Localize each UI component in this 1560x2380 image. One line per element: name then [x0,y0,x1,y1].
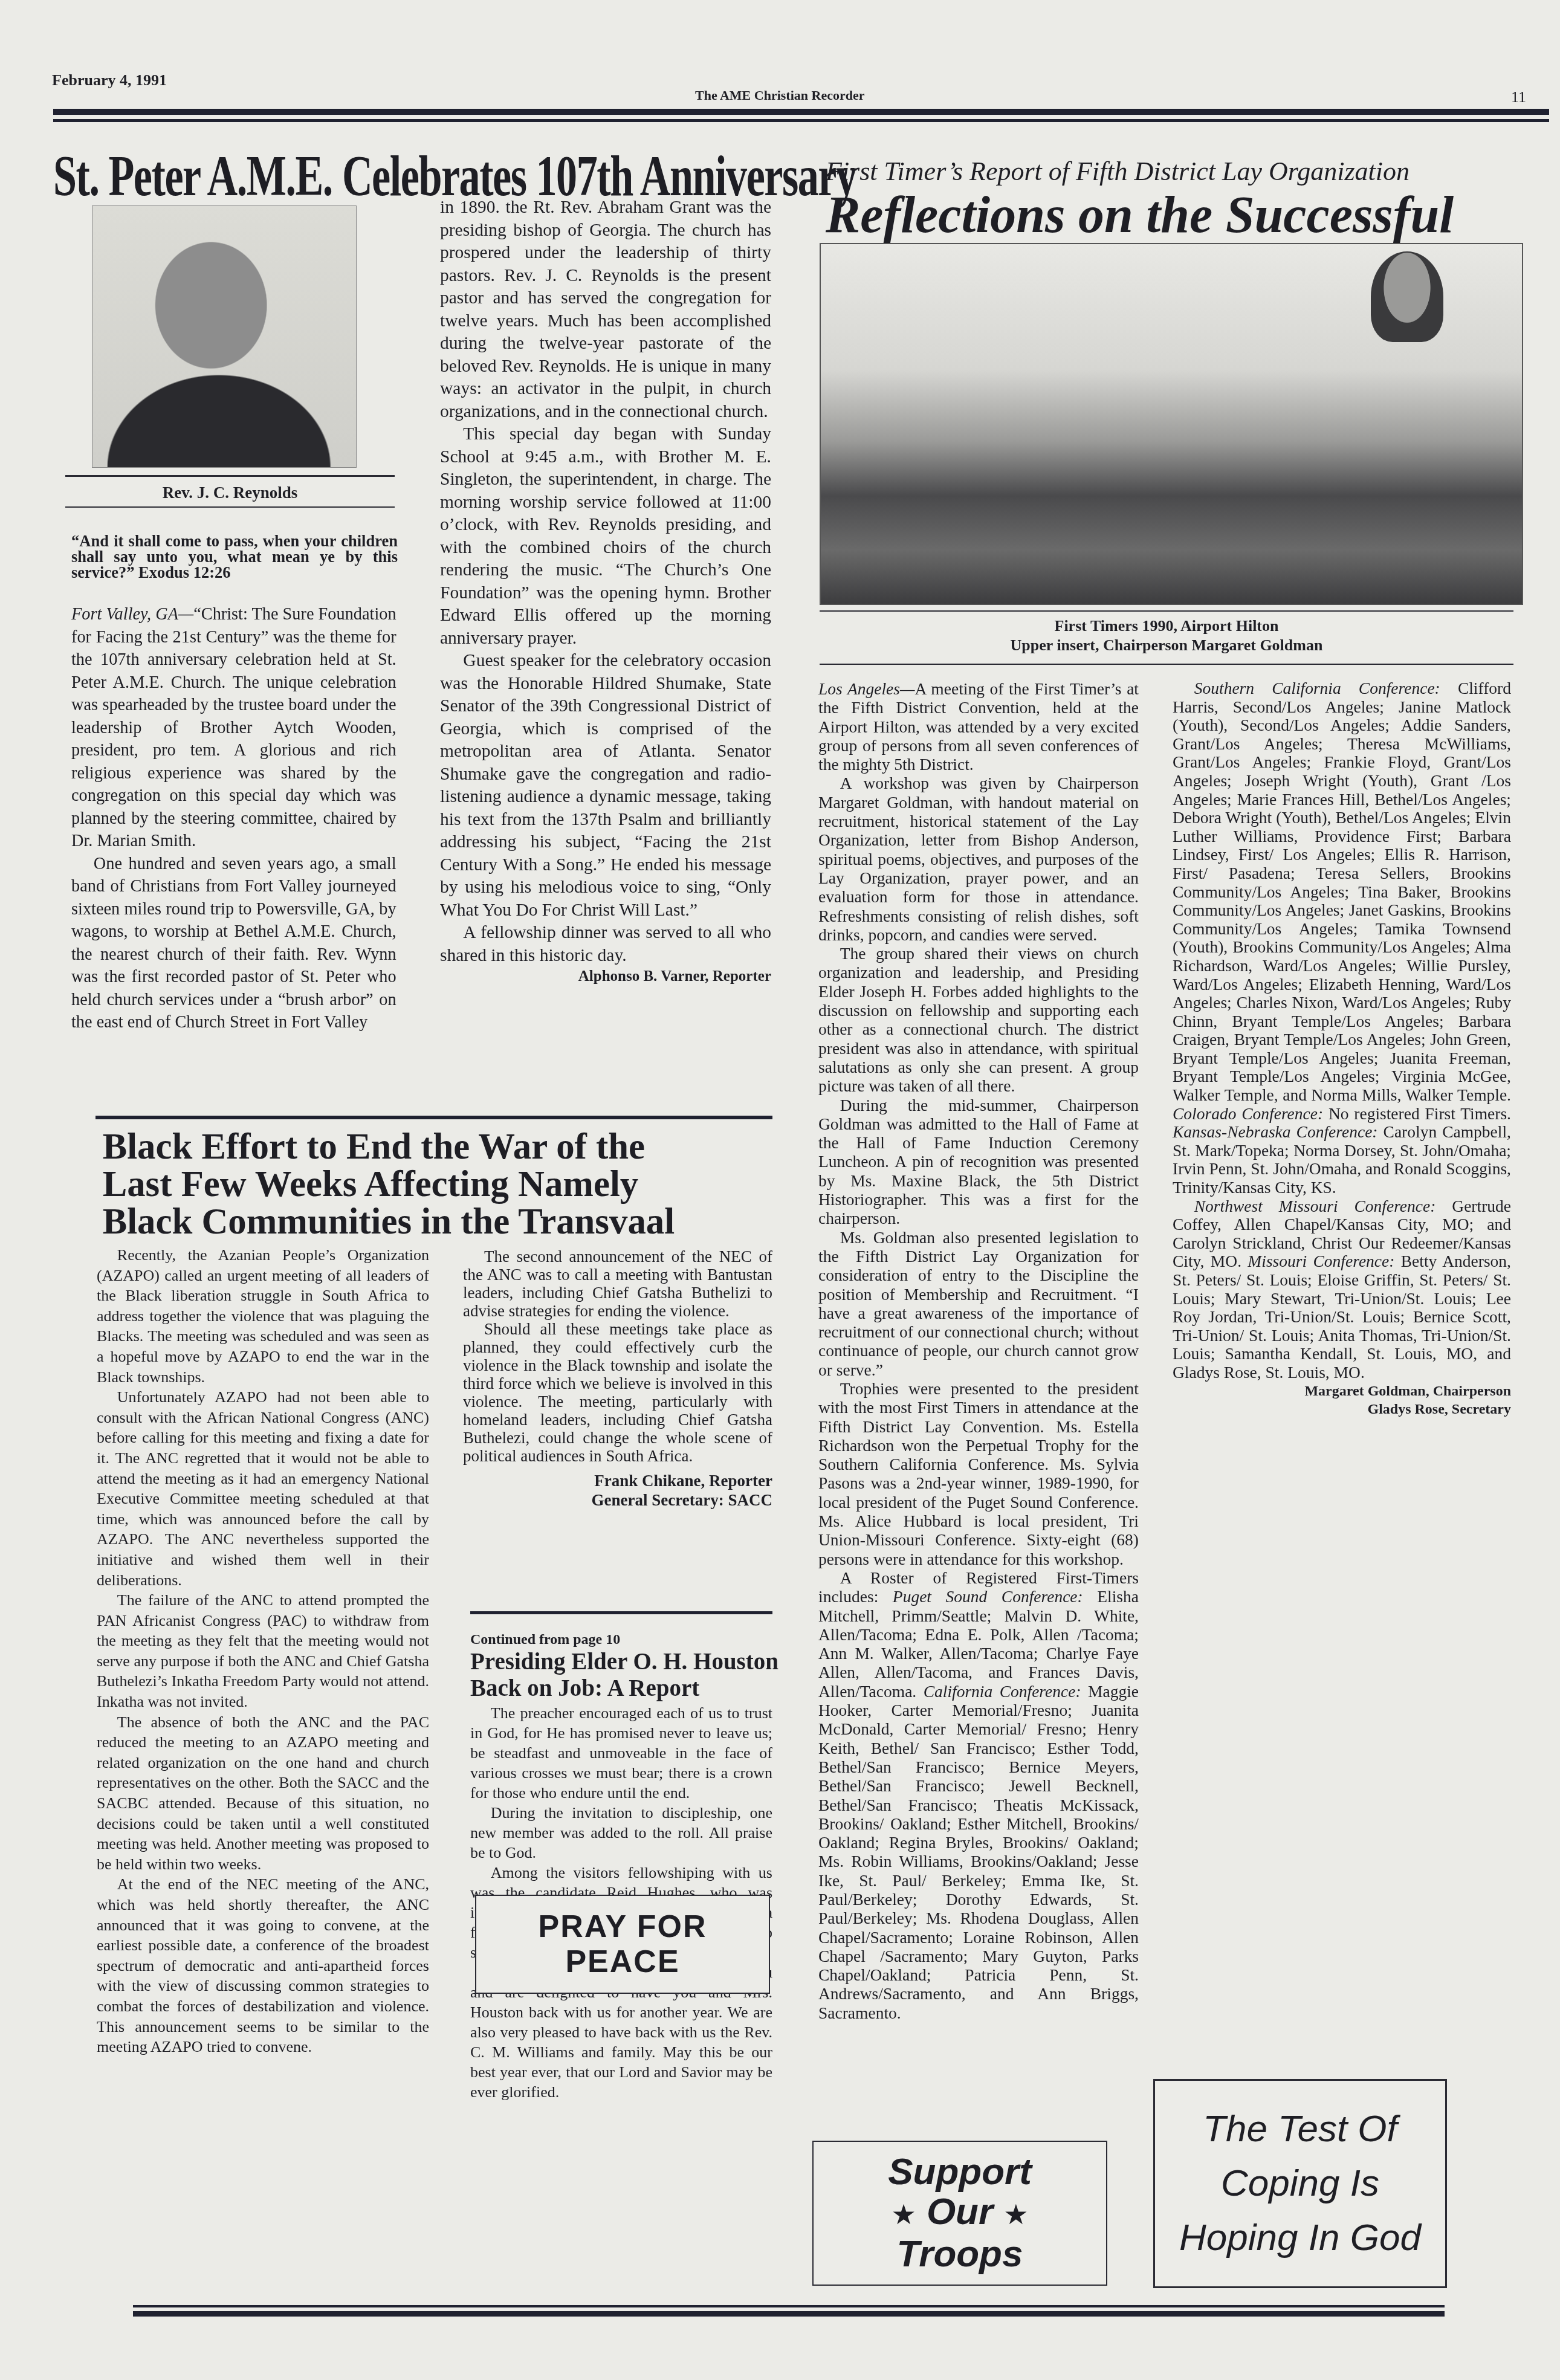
laymen-column-1: Los Angeles—A meeting of the First Timer… [818,679,1139,2022]
black-effort-byline-title: General Secretary: SACC [463,1490,772,1510]
caption-rule-bottom [65,506,395,508]
houston-continued-label: Continued from page 10 [470,1632,620,1648]
masthead-rule-thin [53,119,1549,122]
houston-divider [470,1611,772,1614]
st-peter-epigraph: “And it shall come to pass, when your ch… [71,533,398,580]
issue-date: February 4, 1991 [52,71,167,89]
page-number: 11 [1511,88,1526,106]
group-caption-rule-bottom [820,664,1513,665]
black-effort-column-1: Recently, the Azanian People’s Organizat… [97,1245,429,2057]
footer-rule-thin [133,2305,1445,2307]
st-peter-column-1: Fort Valley, GA—“Christ: The Sure Founda… [71,603,396,1034]
group-caption-rule [820,610,1513,612]
black-effort-column-2: The second announcement of the NEC of th… [463,1247,772,1510]
first-timers-group-photo [820,243,1523,605]
support-our-troops-box: Support ★ Our ★ Troops [812,2141,1107,2286]
masthead-rule-thick [53,109,1549,115]
dateline: Fort Valley, GA— [71,604,193,624]
publication-name: The AME Christian Recorder [695,88,864,103]
st-peter-byline: Alphonso B. Varner, Reporter [440,967,771,986]
star-icon: ★ [1003,2199,1028,2230]
pray-for-peace-box: PRAY FOR PEACE [475,1895,770,1994]
laymen-byline: Margaret Goldman, Chairperson [1173,1382,1511,1400]
st-peter-column-2: in 1890. the Rt. Rev. Abraham Grant was … [440,196,771,986]
black-effort-byline: Frank Chikane, Reporter [463,1471,772,1490]
star-icon: ★ [891,2199,916,2230]
group-photo-caption: First Timers 1990, Airport Hilton Upper … [820,616,1513,655]
dateline: Los Angeles— [818,679,914,698]
reynolds-portrait [92,205,357,468]
laymen-kicker: First Timer’s Report of Fifth District L… [826,156,1410,187]
houston-headline: Presiding Elder O. H. Houston Back on Jo… [470,1649,778,1702]
test-of-coping-box: The Test Of Coping Is Hoping In God [1153,2079,1447,2288]
footer-rule-thick [133,2311,1445,2317]
laymen-byline-secretary: Gladys Rose, Secretary [1173,1400,1511,1418]
goldman-insert-photo [1371,251,1443,342]
black-effort-headline: Black Effort to End the War of the Last … [103,1128,675,1240]
caption-rule-top [65,475,395,477]
reynolds-caption: Rev. J. C. Reynolds [65,483,395,502]
section-divider [95,1116,772,1119]
laymen-column-2: Southern California Conference: Clifford… [1173,679,1511,1418]
